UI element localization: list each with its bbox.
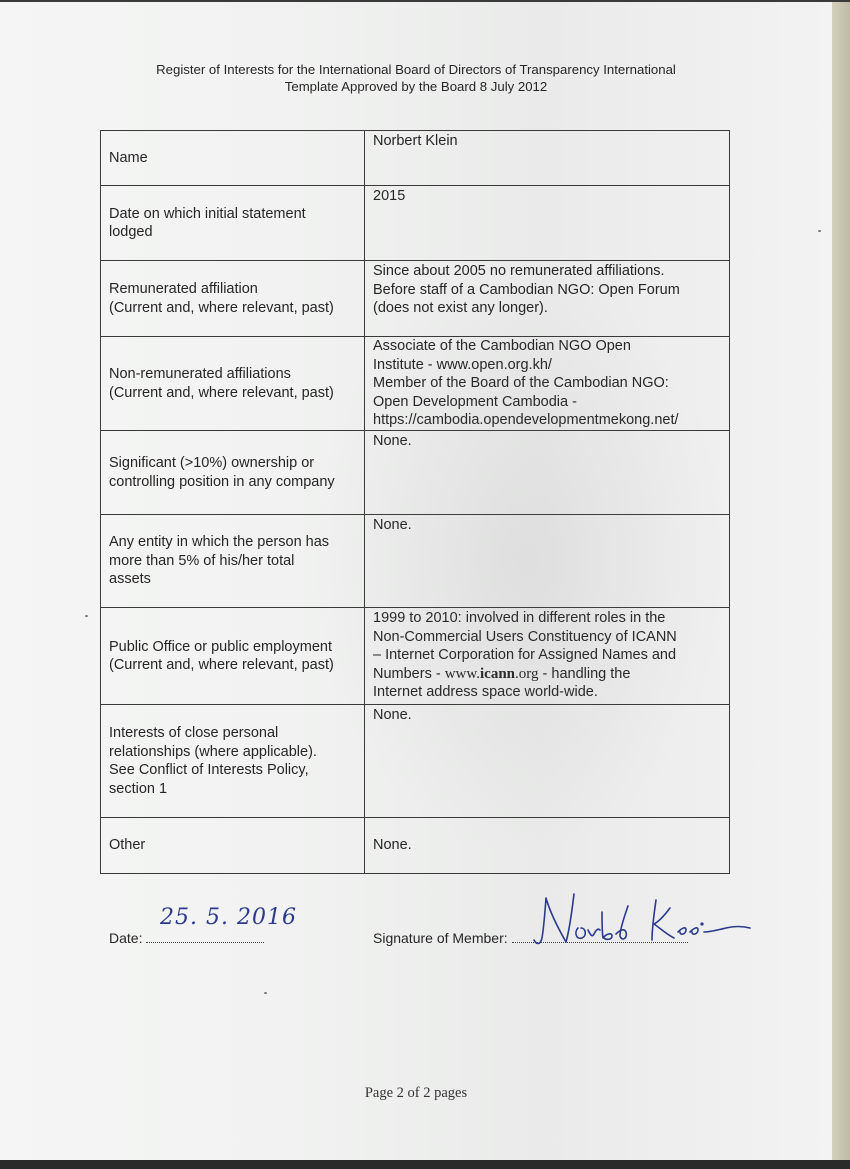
scanner-edge	[832, 0, 850, 1169]
table-row-other: Other None.	[101, 818, 730, 874]
row-value: 2015	[365, 186, 730, 261]
handwritten-signature	[530, 888, 755, 950]
table-row-non-remunerated-affiliations: Non-remunerated affiliations (Current an…	[101, 337, 730, 431]
date-field: Date:	[109, 930, 264, 946]
handwritten-date: 25. 5. 2016	[160, 905, 297, 930]
row-label: Any entity in which the person has more …	[101, 515, 365, 608]
table-row-significant-ownership: Significant (>10%) ownership or controll…	[101, 431, 730, 515]
row-value: Norbert Klein	[365, 131, 730, 186]
row-value: Associate of the Cambodian NGO Open Inst…	[365, 337, 730, 431]
date-dotted-line	[146, 932, 264, 943]
scanner-top-edge	[0, 0, 850, 2]
row-value: Since about 2005 no remunerated affiliat…	[365, 261, 730, 337]
signature-label: Signature of Member:	[373, 930, 508, 946]
table-row-date-lodged: Date on which initial statement lodged 2…	[101, 186, 730, 261]
row-label: Public Office or public employment (Curr…	[101, 608, 365, 705]
row-value: None.	[365, 705, 730, 818]
row-value: 1999 to 2010: involved in different role…	[365, 608, 730, 705]
document-header: Register of Interests for the Internatio…	[0, 61, 832, 95]
row-label: Non-remunerated affiliations (Current an…	[101, 337, 365, 431]
table-row-public-office: Public Office or public employment (Curr…	[101, 608, 730, 705]
member-name: Norbert Klein	[373, 132, 723, 151]
row-label: Date on which initial statement lodged	[101, 186, 365, 261]
table-row-remunerated-affiliation: Remunerated affiliation (Current and, wh…	[101, 261, 730, 337]
row-label: Remunerated affiliation (Current and, wh…	[101, 261, 365, 337]
row-label: Significant (>10%) ownership or controll…	[101, 431, 365, 515]
scanner-bottom-edge	[0, 1160, 850, 1169]
register-table: Name Norbert Klein Date on which initial…	[100, 130, 730, 874]
scan-speck	[818, 230, 821, 232]
table-row-personal-relationships: Interests of close personal relationship…	[101, 705, 730, 818]
table-row-name: Name Norbert Klein	[101, 131, 730, 186]
document-subtitle: Template Approved by the Board 8 July 20…	[0, 78, 832, 95]
document-title: Register of Interests for the Internatio…	[0, 61, 832, 78]
row-label: Interests of close personal relationship…	[101, 705, 365, 818]
date-label: Date:	[109, 930, 142, 946]
scanned-page: Register of Interests for the Internatio…	[0, 0, 832, 1160]
row-label: Name	[101, 131, 365, 186]
table-row-entity-assets: Any entity in which the person has more …	[101, 515, 730, 608]
row-value: None.	[365, 431, 730, 515]
row-label: Other	[101, 818, 365, 874]
scan-speck	[264, 992, 267, 994]
page-footer: Page 2 of 2 pages	[0, 1085, 832, 1102]
row-value: None.	[365, 818, 730, 874]
row-value: None.	[365, 515, 730, 608]
scan-speck	[85, 615, 88, 617]
icann-link-bold: icann	[480, 666, 515, 682]
